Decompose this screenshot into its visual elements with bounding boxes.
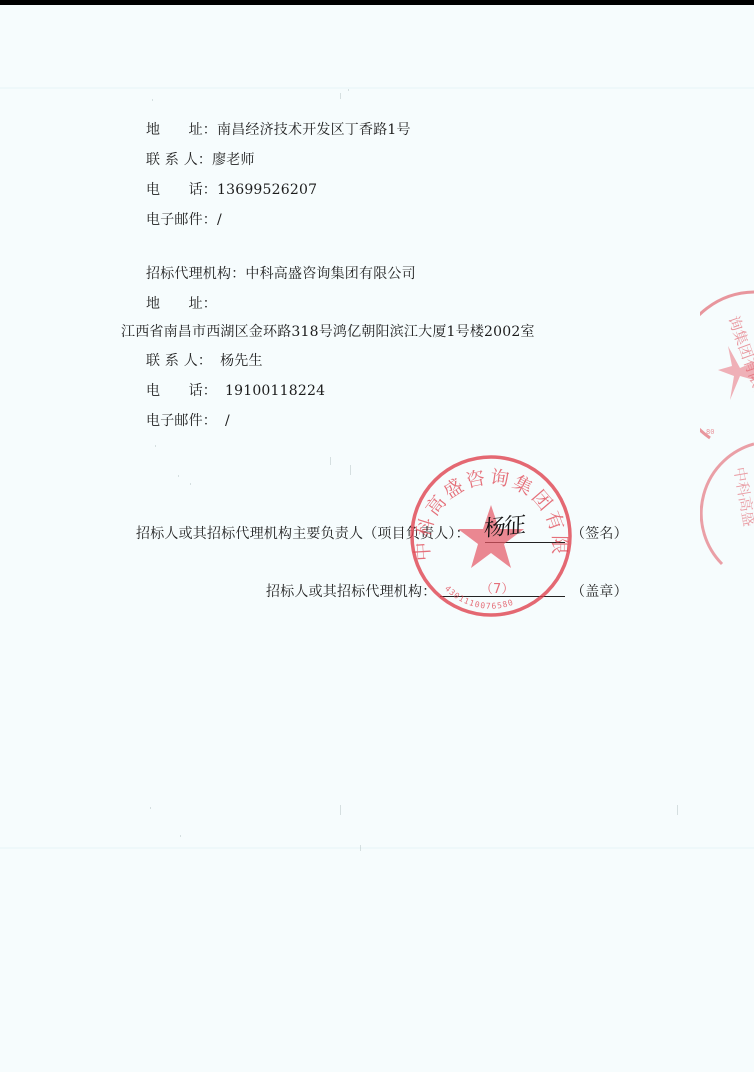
phone-label: 电 话： [146, 181, 217, 199]
scan-speck [348, 89, 349, 91]
agency-email: / [225, 412, 230, 430]
scan-speck [150, 807, 151, 809]
tenderer-email-row: 电子邮件：/ [146, 211, 222, 229]
edge-seal-upper-text: 询集团有限公司 [724, 313, 754, 418]
agency-phone-row: 电 话：19100118224 [146, 382, 325, 400]
edge-seal-fragment: 询集团有限公司 80 中科高盛 [700, 288, 754, 578]
scan-speck [178, 475, 179, 477]
scan-artifact [0, 847, 754, 849]
tenderer-contact-row: 联 系 人：廖老师 [146, 151, 255, 169]
scan-speck [152, 99, 153, 101]
agency-label: 招标代理机构： [146, 265, 245, 283]
scan-speck [350, 465, 351, 475]
agency-contact-row: 联 系 人：杨先生 [146, 352, 263, 370]
principal-signature-suffix: （签名） [571, 525, 628, 543]
scan-speck [340, 93, 341, 99]
scan-speck [340, 805, 341, 815]
tenderer-phone: 13699526207 [217, 181, 317, 199]
email-label: 电子邮件： [146, 412, 217, 430]
agency-email-row: 电子邮件：/ [146, 412, 230, 430]
tenderer-address-row: 地 址：南昌经济技术开发区丁香路1号 [146, 121, 411, 139]
scan-speck [360, 845, 361, 851]
agency-address-label-row: 地 址： [146, 295, 217, 313]
address-label: 地 址： [146, 121, 217, 139]
seal-code-marker: （7） [480, 582, 514, 597]
edge-seal-lower-text: 中科高盛 [730, 466, 754, 528]
phone-label: 电 话： [146, 382, 217, 400]
contact-label: 联 系 人： [146, 151, 212, 169]
tenderer-contact: 廖老师 [212, 151, 255, 169]
agency-name: 中科高盛咨询集团有限公司 [245, 265, 415, 283]
scan-speck [155, 445, 156, 447]
document-page: 地 址：南昌经济技术开发区丁香路1号 联 系 人：廖老师 电 话：1369952… [0, 5, 754, 1072]
tenderer-phone-row: 电 话：13699526207 [146, 181, 317, 199]
agency-address-row: 江西省南昌市西湖区金环路318号鸿亿朝阳滨江大厦1号楼2002室 [121, 323, 535, 341]
email-label: 电子邮件： [146, 211, 217, 229]
scan-speck [330, 457, 331, 465]
seal-suffix: （盖章） [571, 583, 628, 601]
agency-name-row: 招标代理机构：中科高盛咨询集团有限公司 [146, 265, 416, 283]
agency-phone: 19100118224 [225, 382, 325, 400]
scan-speck [190, 483, 191, 485]
scan-speck [180, 835, 181, 837]
handwritten-signature: 杨征 [484, 508, 525, 543]
contact-label: 联 系 人： [146, 352, 212, 370]
edge-seal-serial: 80 [706, 428, 714, 436]
tenderer-address: 南昌经济技术开发区丁香路1号 [217, 121, 411, 139]
scan-artifact [0, 87, 754, 89]
tenderer-email: / [217, 211, 222, 229]
scan-speck [677, 805, 678, 815]
agency-contact: 杨先生 [220, 352, 263, 370]
agency-address: 江西省南昌市西湖区金环路318号鸿亿朝阳滨江大厦1号楼2002室 [121, 323, 535, 341]
address-label: 地 址： [146, 295, 217, 313]
